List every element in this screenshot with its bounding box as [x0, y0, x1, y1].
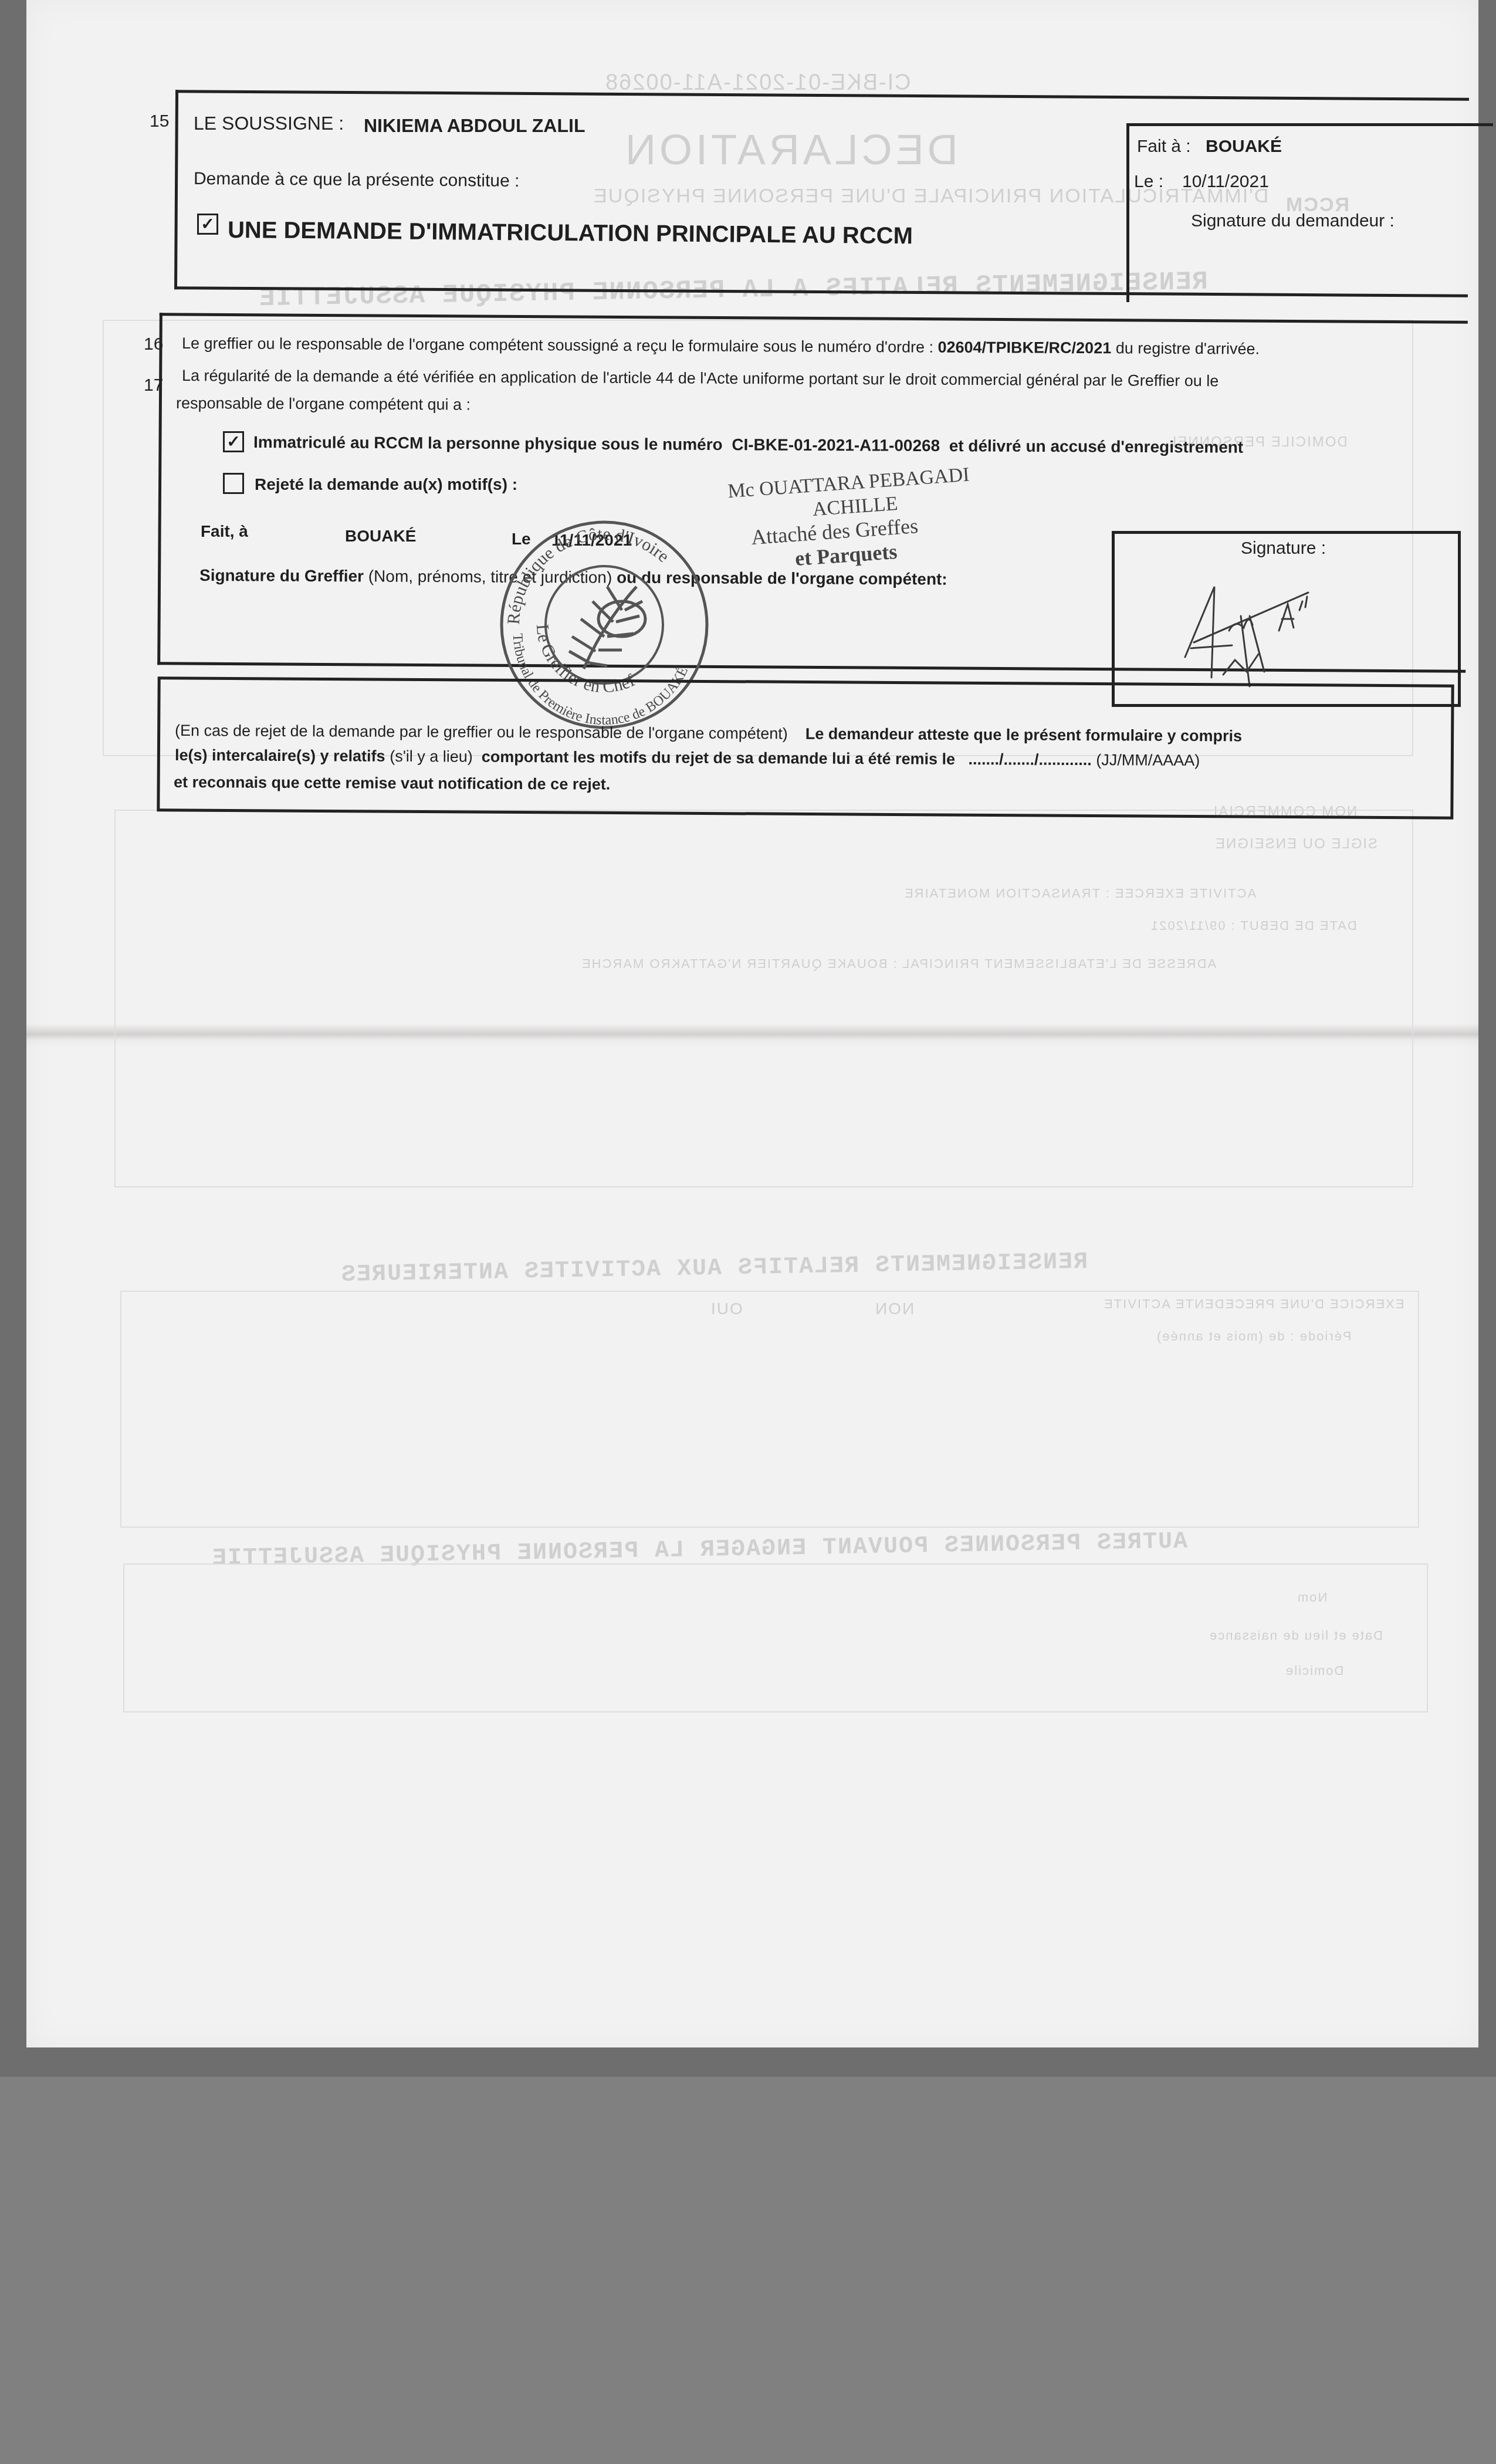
regularite-line2: responsable de l'organe compétent qui a … [176, 394, 471, 414]
rejet-sil-y-a-lieu: (s'il y a lieu) [390, 747, 473, 766]
fait-a-label: Fait à : [1137, 137, 1191, 157]
signature-box-label: Signature : [1241, 539, 1326, 559]
demande-checkbox[interactable]: ✓ [197, 214, 218, 235]
ghost-ref-number: CI-BKE-01-2021-A11-00268 [604, 70, 911, 96]
ghost-frame [120, 1291, 1419, 1528]
palm-emblem-icon [569, 587, 645, 669]
section-number: 15 [150, 111, 169, 131]
rejet-condition: (En cas de rejet de la demande par le gr… [175, 722, 788, 742]
registre-text: du registre d'arrivée. [1116, 339, 1260, 357]
soussigne-label: LE SOUSSIGNE : [194, 113, 344, 134]
ghost-frame [123, 1563, 1428, 1712]
svg-text:République de Côte d'Ivoire: République de Côte d'Ivoire [504, 524, 673, 625]
rejet-intercalaires: le(s) intercalaire(s) y relatifs [175, 746, 385, 765]
handwritten-signature-icon [1173, 575, 1396, 692]
stamp-outer-top: République de Côte d'Ivoire [504, 524, 673, 625]
fait-a-value-greffe: BOUAKÉ [345, 527, 416, 546]
rccm-numero: CI-BKE-01-2021-A11-00268 [732, 435, 940, 455]
ghost-frame [114, 810, 1413, 1187]
rejet-line3: et reconnais que cette remise vaut notif… [174, 773, 610, 794]
soussigne-name: NIKIEMA ABDOUL ZALIL [364, 115, 585, 137]
rejet-date-format: (JJ/MM/AAAA) [1096, 751, 1200, 769]
fait-a-value: BOUAKÉ [1206, 137, 1282, 157]
le-label: Le : [1134, 172, 1163, 192]
rejete-checkbox[interactable] [223, 473, 244, 494]
rejet-motifs: comportant les motifs du rejet de sa dem… [482, 748, 955, 768]
rejet-attestation: Le demandeur atteste que le présent form… [805, 725, 1242, 745]
rejete-label: Rejeté la demande au(x) motif(s) : [255, 475, 517, 494]
immatricule-checkbox[interactable]: ✓ [223, 431, 244, 452]
section-number: 17 [144, 375, 163, 395]
rejet-date-field[interactable]: ......./......./............ [969, 750, 1092, 769]
recu-text: Le greffier ou le responsable de l'organ… [182, 334, 933, 356]
signature-demandeur-label: Signature du demandeur : [1191, 211, 1395, 231]
section-number: 16 [144, 334, 163, 354]
numero-ordre: 02604/TPIBKE/RC/2021 [937, 339, 1111, 357]
immatricule-prefix: Immatriculé au RCCM la personne physique… [253, 433, 723, 453]
signature-greffier-label: Signature du Greffier [199, 566, 364, 585]
demande-intro: Demande à ce que la présente constitue : [194, 169, 520, 191]
le-value: 10/11/2021 [1182, 172, 1269, 192]
fait-a-label-greffe: Fait, à [201, 522, 248, 541]
immatricule-suffix: et délivré un accusé d'enregistrement [949, 436, 1244, 456]
